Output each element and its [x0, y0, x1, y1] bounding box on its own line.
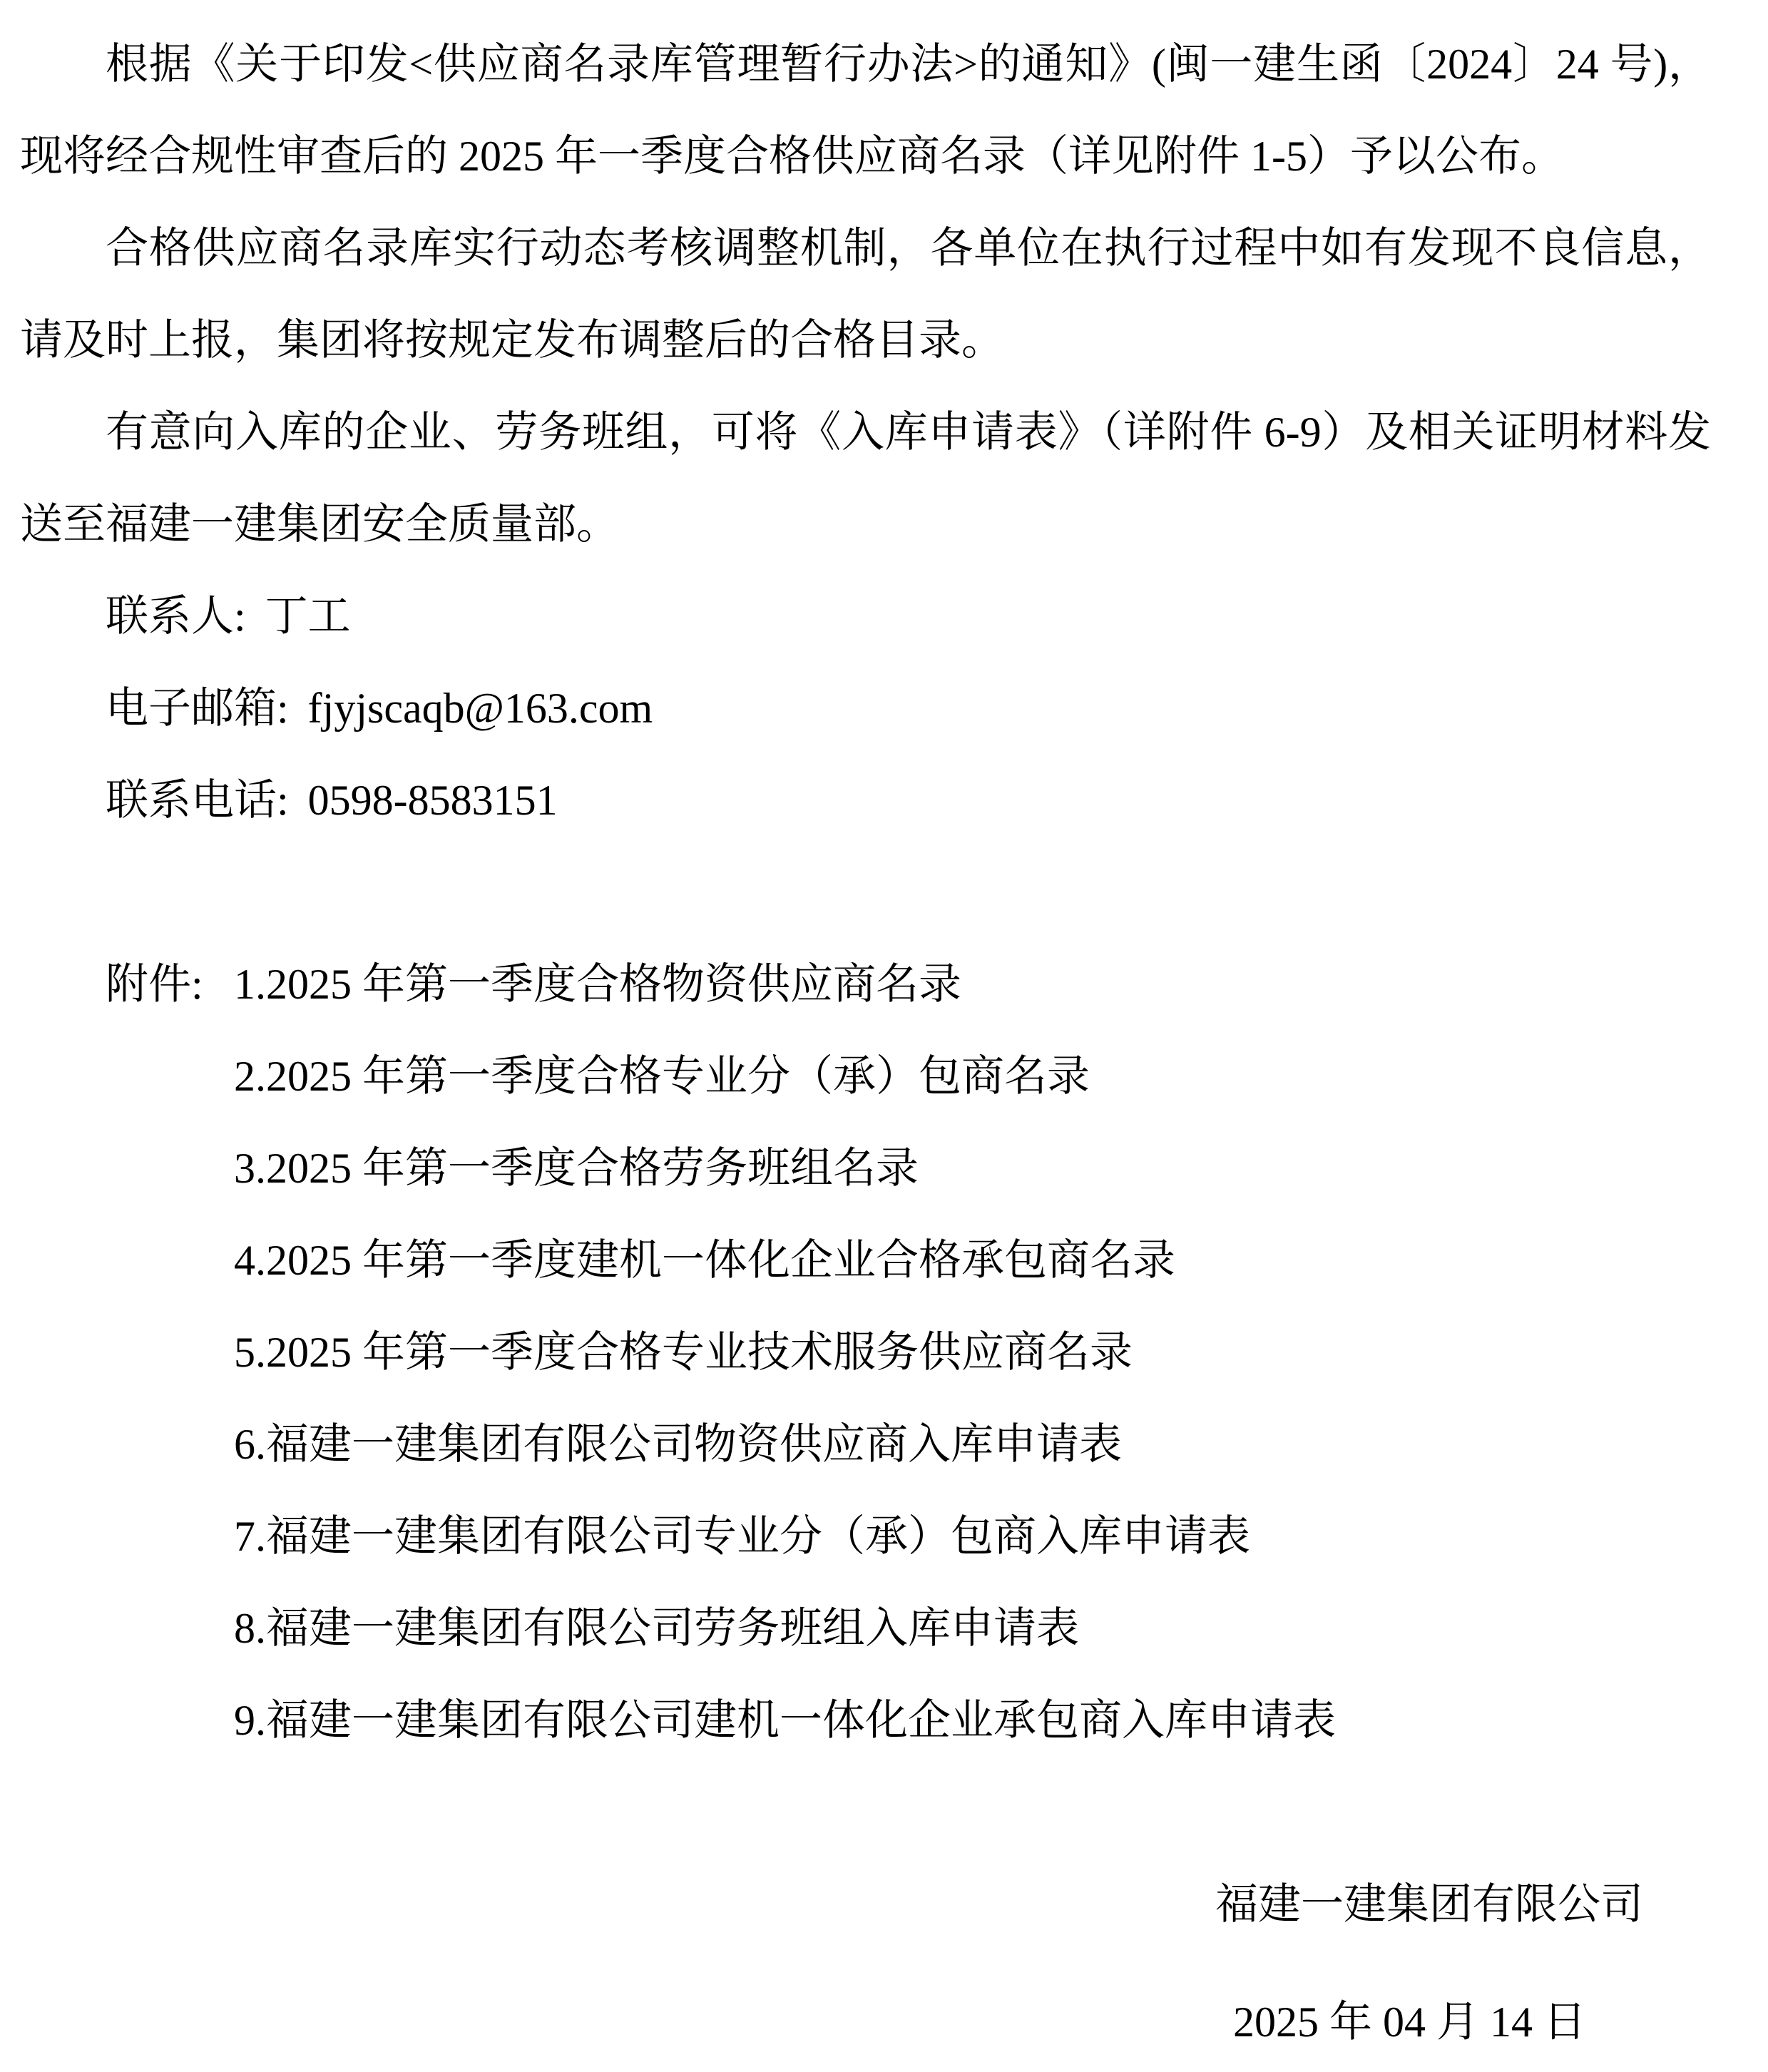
contact-phone-line: 联系电话:0598-8583151	[20, 755, 1711, 847]
contact-phone-label: 联系电话:	[106, 777, 289, 824]
paragraph-basis: 根据《关于印发<供应商名录库管理暂行办法>的通知》(闽一建生函〔2024〕24 …	[20, 19, 1711, 203]
contact-person-value: 丁工	[265, 593, 351, 640]
contact-phone-value: 0598-8583151	[308, 777, 558, 824]
attachment-item-6: 6.福建一建集团有限公司物资供应商入库申请表	[234, 1399, 1711, 1491]
attachment-row-9: 9.福建一建集团有限公司建机一体化企业承包商入库申请表	[20, 1675, 1711, 1767]
attachment-row-4: 4.2025 年第一季度建机一体化企业合格承包商名录	[20, 1215, 1711, 1307]
attachment-row-8: 8.福建一建集团有限公司劳务班组入库申请表	[20, 1583, 1711, 1675]
signature-company: 福建一建集团有限公司	[20, 1859, 1711, 1951]
attachment-row-1: 附件: 1.2025 年第一季度合格物资供应商名录	[20, 939, 1711, 1031]
attachment-row-3: 3.2025 年第一季度合格劳务班组名录	[20, 1123, 1711, 1215]
attachment-row-2: 2.2025 年第一季度合格专业分（承）包商名录	[20, 1031, 1711, 1123]
document-page: 根据《关于印发<供应商名录库管理暂行办法>的通知》(闽一建生函〔2024〕24 …	[0, 0, 1768, 2072]
attachment-item-4: 4.2025 年第一季度建机一体化企业合格承包商名录	[234, 1215, 1711, 1307]
attachment-row-7: 7.福建一建集团有限公司专业分（承）包商入库申请表	[20, 1491, 1711, 1583]
attachment-item-8: 8.福建一建集团有限公司劳务班组入库申请表	[234, 1583, 1711, 1675]
attachment-item-7: 7.福建一建集团有限公司专业分（承）包商入库申请表	[234, 1491, 1711, 1583]
contact-email-line: 电子邮箱:fjyjscaqb@163.com	[20, 663, 1711, 755]
attachment-row-5: 5.2025 年第一季度合格专业技术服务供应商名录	[20, 1307, 1711, 1399]
attachment-item-1: 1.2025 年第一季度合格物资供应商名录	[234, 939, 1711, 1031]
contact-email-value: fjyjscaqb@163.com	[308, 685, 653, 732]
attachment-item-9: 9.福建一建集团有限公司建机一体化企业承包商入库申请表	[234, 1675, 1711, 1767]
attachments-label: 附件:	[20, 939, 234, 1031]
contact-person-line: 联系人:丁工	[20, 571, 1711, 663]
attachment-item-5: 5.2025 年第一季度合格专业技术服务供应商名录	[234, 1307, 1711, 1399]
attachment-item-3: 3.2025 年第一季度合格劳务班组名录	[234, 1123, 1711, 1215]
paragraph-dynamic-adjustment: 合格供应商名录库实行动态考核调整机制，各单位在执行过程中如有发现不良信息，请及时…	[20, 203, 1711, 387]
attachment-item-2: 2.2025 年第一季度合格专业分（承）包商名录	[234, 1031, 1711, 1123]
attachments-list: 附件: 1.2025 年第一季度合格物资供应商名录 2.2025 年第一季度合格…	[20, 939, 1711, 1767]
contact-person-label: 联系人:	[106, 593, 246, 640]
attachment-row-6: 6.福建一建集团有限公司物资供应商入库申请表	[20, 1399, 1711, 1491]
signature-date: 2025 年 04 月 14 日	[20, 1976, 1711, 2068]
paragraph-application: 有意向入库的企业、劳务班组，可将《入库申请表》（详附件 6-9）及相关证明材料发…	[20, 387, 1711, 571]
contact-email-label: 电子邮箱:	[106, 685, 289, 732]
